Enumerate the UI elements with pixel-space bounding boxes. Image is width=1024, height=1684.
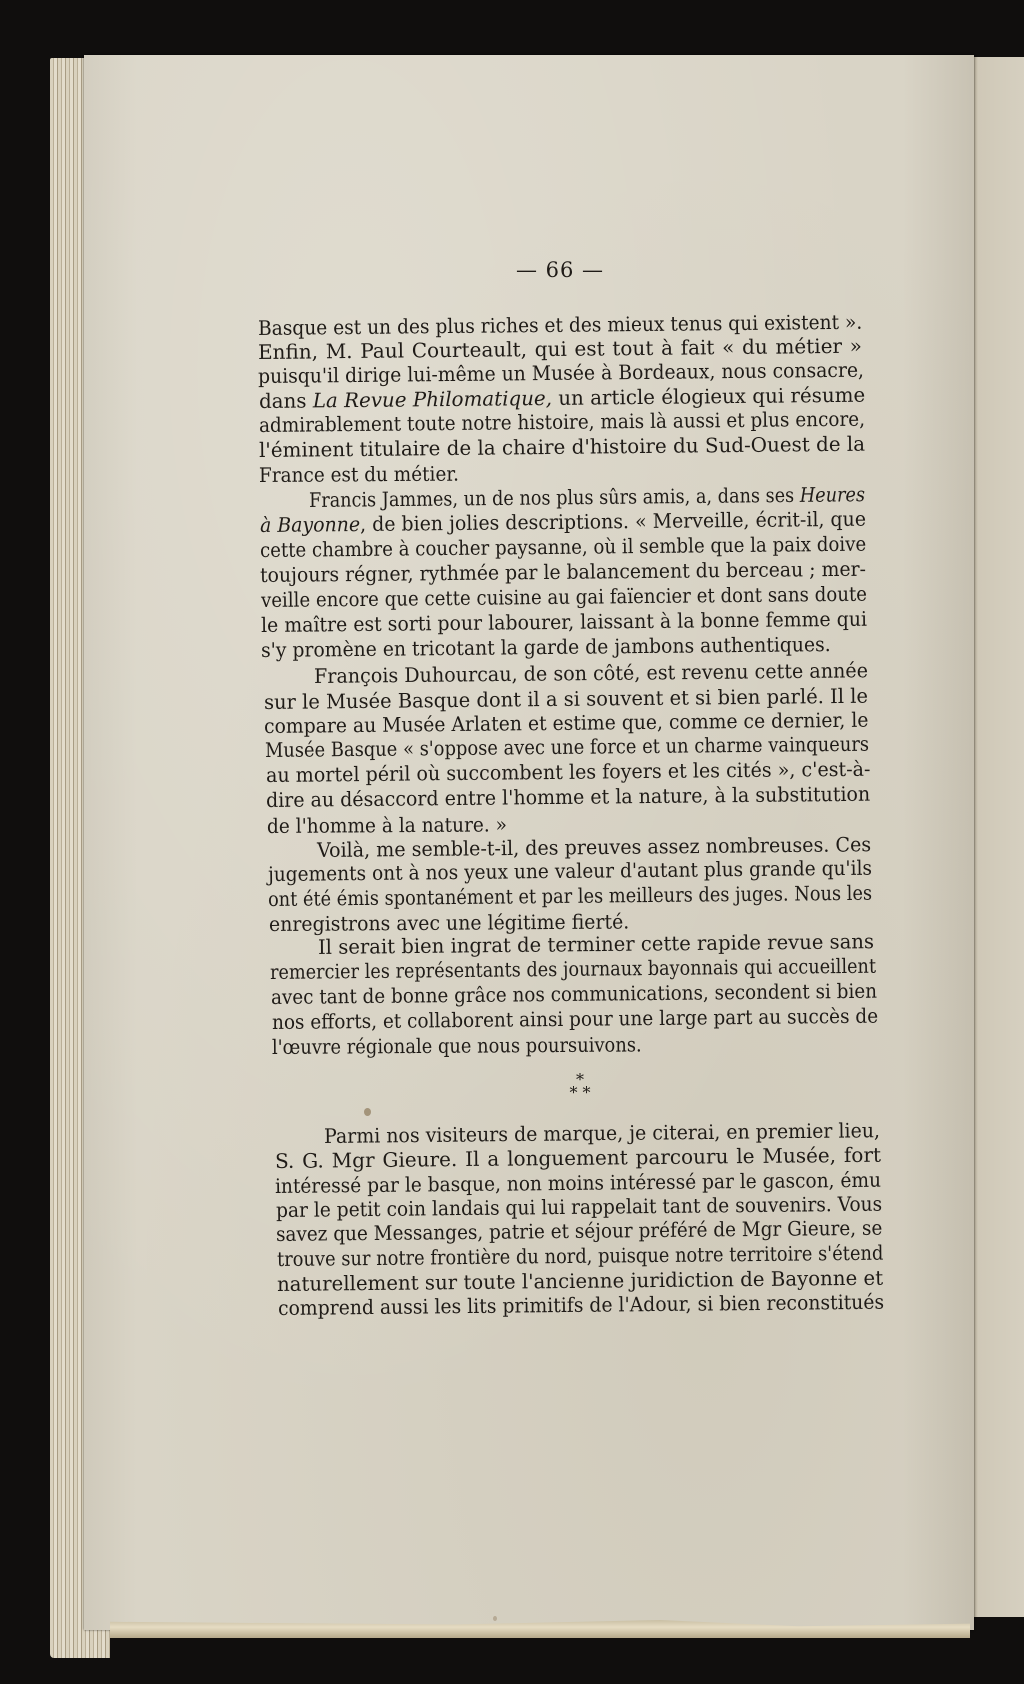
text-line: ont été émis spontanément et par les mei… — [268, 881, 872, 911]
asterism-bottom: * * — [545, 1086, 615, 1099]
text-line: s'y promène en tricotant la garde de jam… — [261, 632, 796, 662]
text-line: nos efforts, et collaborent ainsi pour u… — [272, 1004, 878, 1034]
paper-stain — [493, 1616, 497, 1621]
text-line: de l'homme à la nature. » — [267, 812, 490, 838]
paper-stain — [364, 1108, 371, 1116]
text-line: l'éminent titulaire de la chaire d'histo… — [259, 432, 865, 462]
text-line: l'œuvre régionale que nous poursuivons. — [272, 1033, 603, 1059]
text-line: comprend aussi les lits primitifs de l'A… — [278, 1290, 884, 1320]
text-line: France est du métier. — [259, 462, 443, 487]
scanned-book-spread: — 66 — Basque est un des plus riches et … — [0, 0, 1024, 1684]
text-line: François Duhourcau, de son côté, est rev… — [314, 658, 868, 688]
section-separator-asterism: * * * — [545, 1073, 615, 1099]
page-text: — 66 — Basque est un des plus riches et … — [0, 0, 1024, 1684]
text-line: dire au désaccord entre l'homme et la na… — [266, 782, 870, 812]
page-number: — 66 — — [500, 258, 620, 282]
